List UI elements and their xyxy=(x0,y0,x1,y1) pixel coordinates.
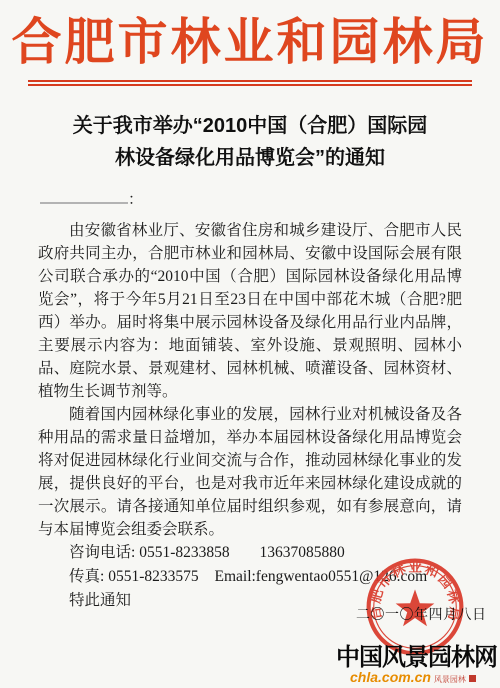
addressee-line: ： xyxy=(40,189,460,209)
body-paragraph-2: 随着国内园林绿化事业的发展，园林行业对机械设备及各种用品的需求量日益增加，举办本… xyxy=(38,403,462,541)
notice-title-line-2: 林设备绿化用品博览会”的通知 xyxy=(0,142,500,174)
watermark-site-url: chla.com.cn xyxy=(350,669,431,685)
phone-number-1: 0551-8233858 xyxy=(139,544,229,561)
document-page: 合肥市林业和园林局 关于我市举办“2010中国（合肥）国际园 林设备绿化用品博览… xyxy=(0,0,500,688)
phone-label: 咨询电话: xyxy=(69,544,135,561)
notice-title-line-1: 关于我市举办“2010中国（合肥）国际园 xyxy=(0,110,500,142)
watermark-script-text: 风景园林 xyxy=(434,675,466,684)
notice-title: 关于我市举办“2010中国（合肥）国际园 林设备绿化用品博览会”的通知 xyxy=(0,110,500,174)
body-paragraph-1: 由安徽省林业厅、安徽省住房和城乡建设厅、合肥市人民政府共同主办，合肥市林业和园林… xyxy=(38,219,462,403)
addressee-colon: ： xyxy=(128,192,143,208)
phone-number-2: 13637085880 xyxy=(259,544,344,561)
notice-body: 由安徽省林业厅、安徽省住房和城乡建设厅、合肥市人民政府共同主办，合肥市林业和园林… xyxy=(38,219,462,613)
fax-number: 0551-8233575 xyxy=(108,568,198,585)
watermark-url-row: chla.com.cn风景园林 xyxy=(336,670,497,687)
watermark-site-name: 中国风景园林网 xyxy=(336,644,497,670)
letterhead-org-name: 合肥市林业和园林局 xyxy=(0,8,500,76)
watermark-stamp-icon xyxy=(469,675,476,682)
fax-label: 传真: xyxy=(69,568,104,585)
letterhead-divider xyxy=(28,80,472,86)
site-watermark: 中国风景园林网 chla.com.cn风景园林 xyxy=(336,644,497,687)
document-date: 二〇一〇年四月八日 xyxy=(356,604,487,624)
addressee-blank-underline xyxy=(40,189,128,204)
